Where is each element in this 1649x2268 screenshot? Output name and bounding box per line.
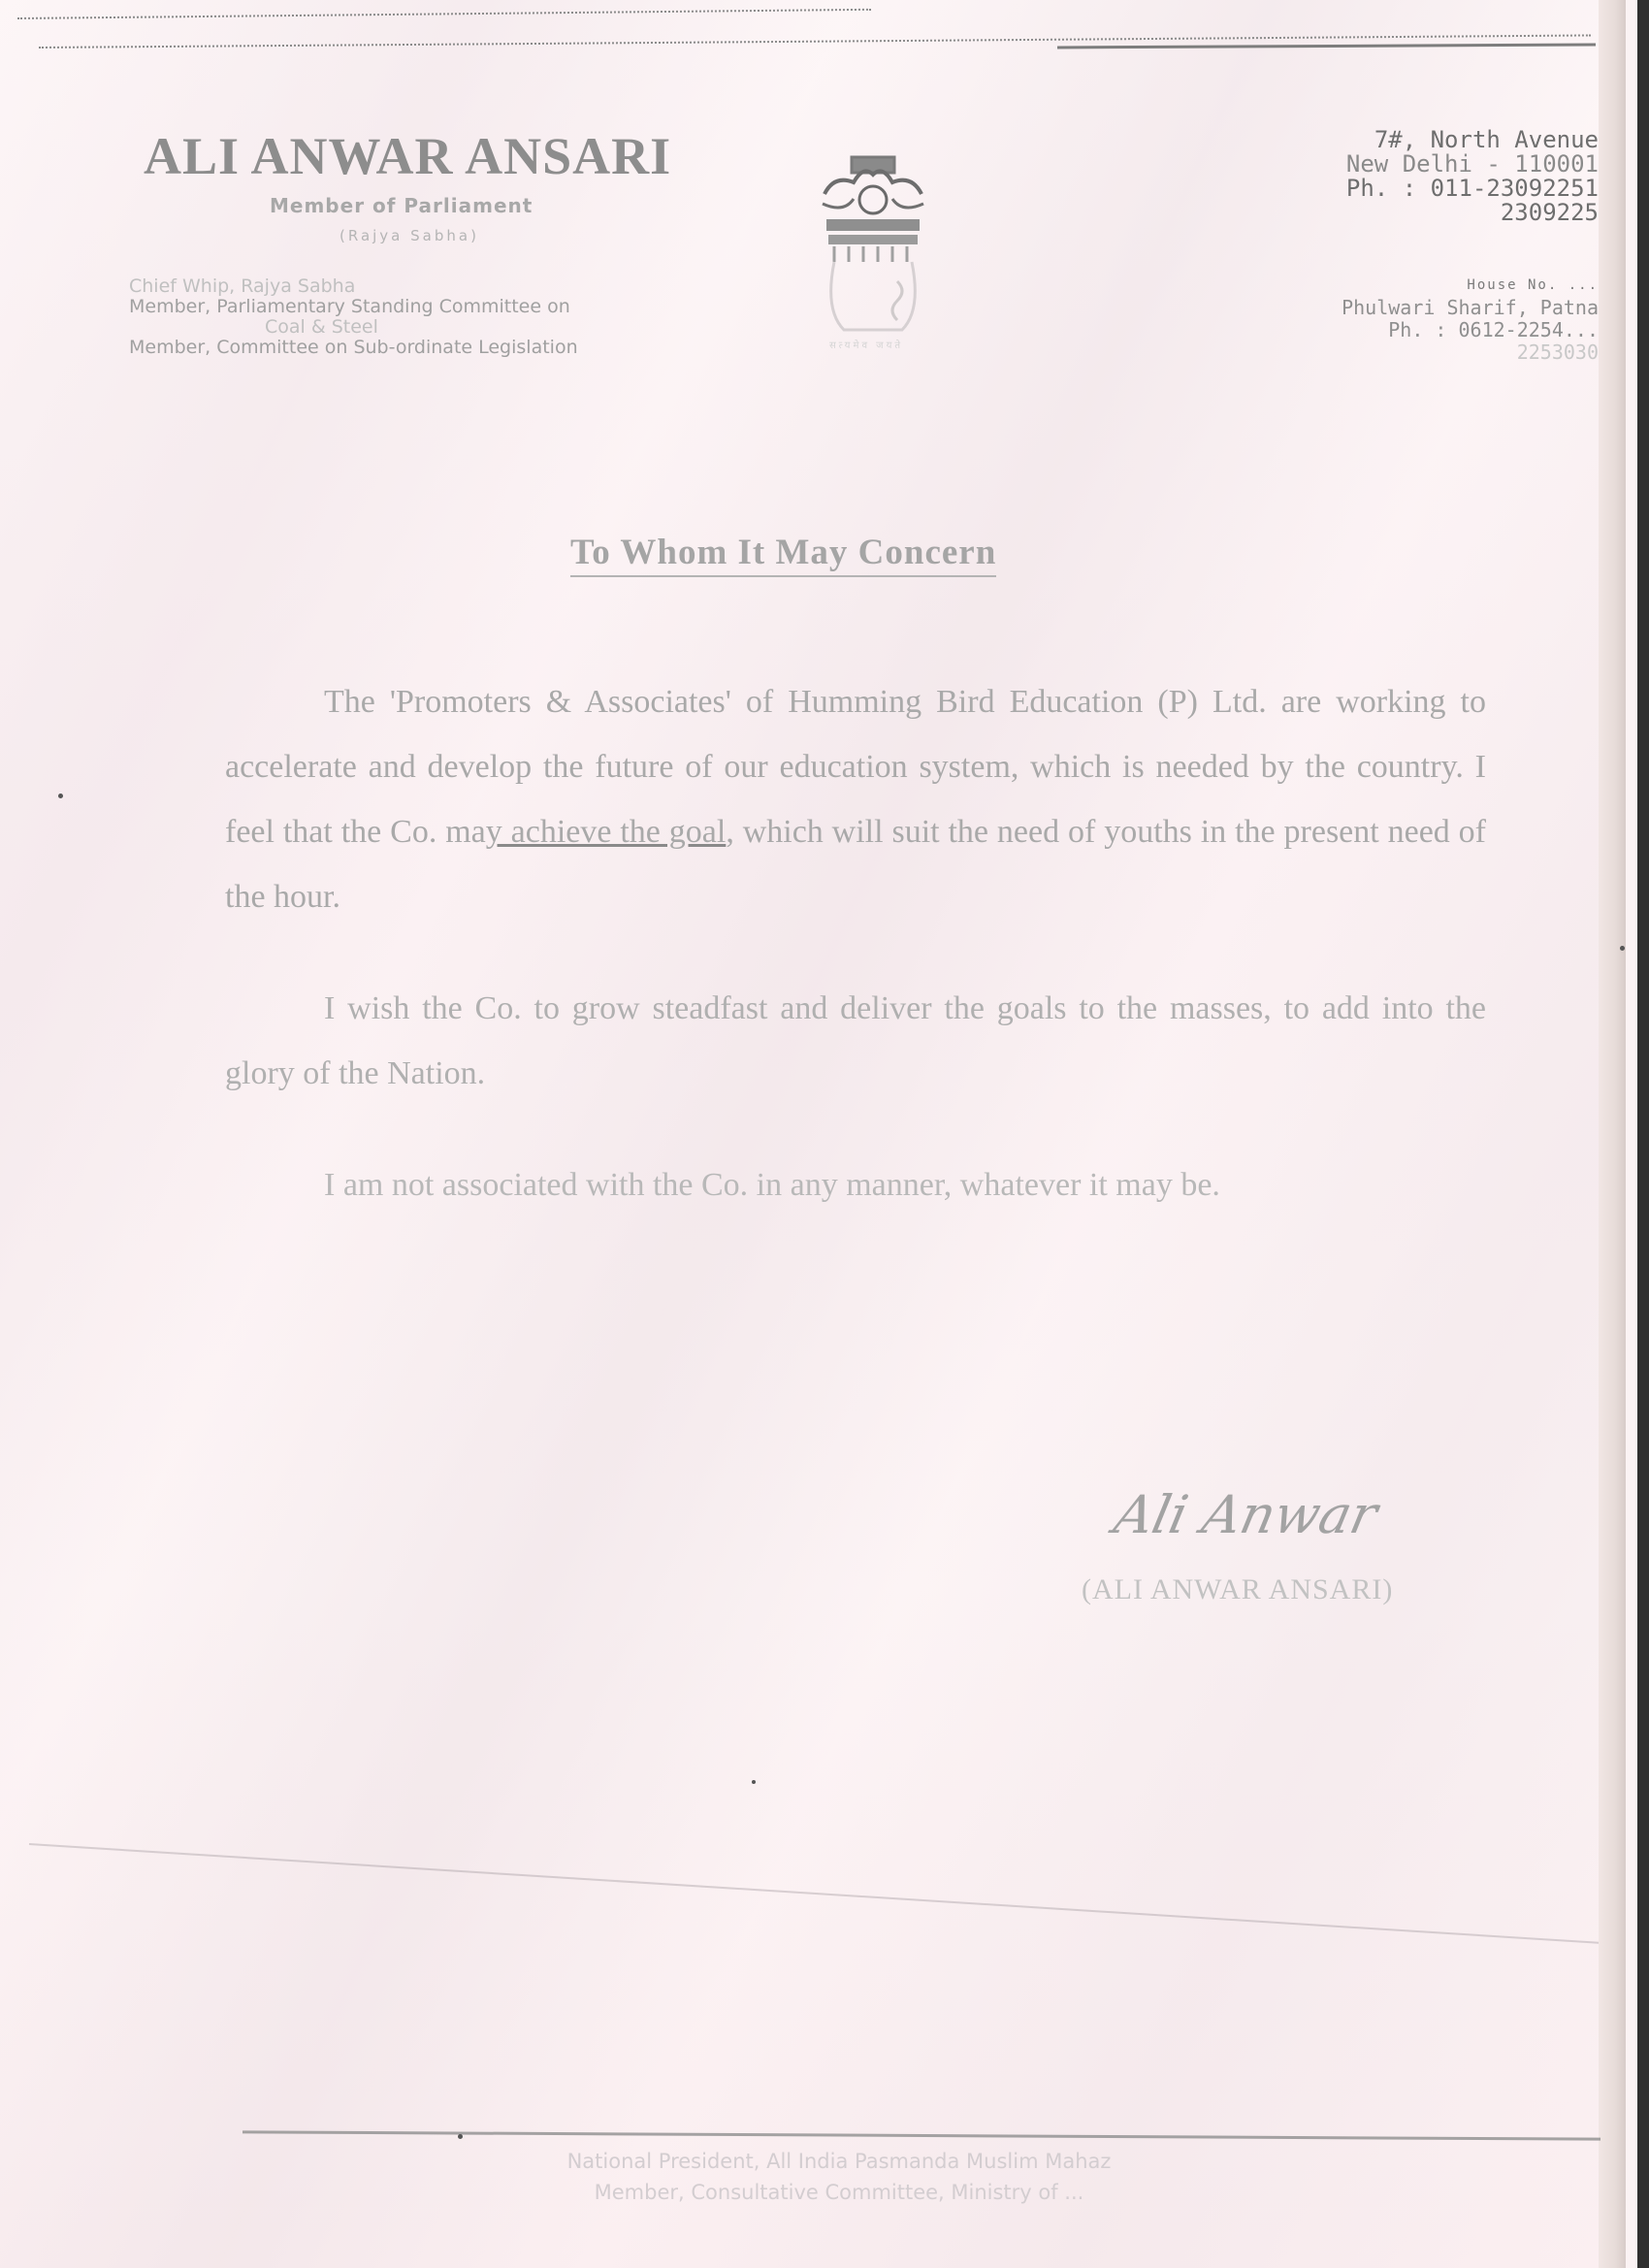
phone-line: 2253030 [1278, 341, 1599, 364]
letter-body: The 'Promoters & Associates' of Humming … [225, 669, 1486, 1264]
letter-paragraph: I am not associated with the Co. in any … [225, 1152, 1486, 1217]
phone-line: 2309225 [1278, 201, 1599, 225]
scan-speck [1620, 946, 1625, 951]
paper-edge [1599, 0, 1626, 2268]
address-line: New Delhi - 110001 [1278, 152, 1599, 177]
underlined-phrase: y achieve the goal [486, 814, 727, 850]
patna-address: House No. ... Phulwari Sharif, Patna Ph.… [1278, 275, 1599, 364]
letterhead-name: ALI ANWAR ANSARI [144, 126, 671, 186]
scanner-border [1637, 0, 1649, 2268]
role-line: Coal & Steel [129, 317, 578, 338]
scan-speck [58, 794, 63, 798]
scan-speck [458, 2134, 463, 2139]
letter-paragraph: The 'Promoters & Associates' of Humming … [225, 669, 1486, 929]
address-line: 7#, North Avenue [1278, 128, 1599, 152]
footer-line: National President, All India Pasmanda M… [330, 2146, 1348, 2177]
delhi-address: 7#, North Avenue New Delhi - 110001 Ph. … [1278, 128, 1599, 225]
letterhead-roles: Chief Whip, Rajya Sabha Member, Parliame… [129, 276, 578, 358]
footer-line: Member, Consultative Committee, Ministry… [330, 2177, 1348, 2208]
phone-line: Ph. : 0612-2254... [1278, 319, 1599, 341]
letterhead-footer: National President, All India Pasmanda M… [330, 2146, 1348, 2208]
signatory-name: (ALI ANWAR ANSARI) [1082, 1573, 1393, 1606]
handwritten-signature: Ali Anwar [1109, 1484, 1382, 1545]
state-emblem-icon [805, 146, 941, 349]
letter-paragraph: I wish the Co. to grow steadfast and del… [225, 976, 1486, 1106]
phone-line: Ph. : 011-23092251 [1278, 177, 1599, 201]
role-line: Member, Committee on Sub-ordinate Legisl… [129, 338, 578, 358]
address-line: Phulwari Sharif, Patna [1278, 297, 1599, 319]
address-line: House No. ... [1278, 275, 1599, 297]
letterhead-title: Member of Parliament [270, 194, 533, 217]
role-line: Member, Parliamentary Standing Committee… [129, 297, 578, 317]
scan-speck [752, 1780, 756, 1784]
letter-subject: To Whom It May Concern [570, 532, 996, 577]
emblem-caption: सत्यमेव जयते [829, 338, 903, 351]
letterhead-house: (Rajya Sabha) [339, 227, 479, 244]
role-line: Chief Whip, Rajya Sabha [129, 276, 578, 297]
